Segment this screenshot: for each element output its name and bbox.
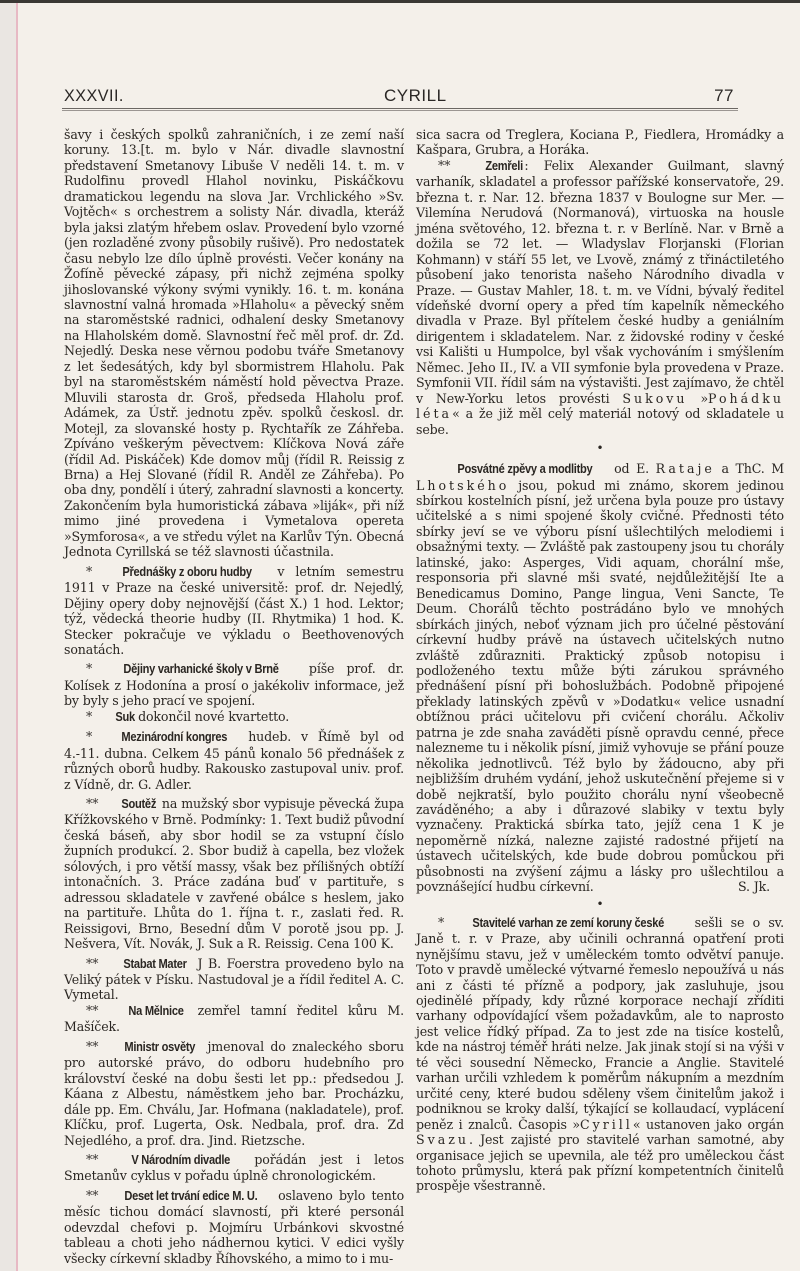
news-item: * Mezinárodní kongres hudeb. v Římě byl … xyxy=(64,729,404,792)
news-item: ** V Národním divadle pořádán jest i let… xyxy=(64,1152,404,1184)
item-heading: Ministr osvěty xyxy=(105,1040,195,1055)
scan-margin xyxy=(0,0,16,1271)
item-heading: Suk xyxy=(96,710,135,725)
section-separator: • xyxy=(416,441,784,455)
section-separator: • xyxy=(416,897,784,911)
journal-title: CYRILL xyxy=(384,86,447,106)
news-item: ** Ministr osvěty jmenoval do znaleckého… xyxy=(64,1039,404,1148)
volume-number: XXXVII. xyxy=(64,86,124,106)
item-heading: Stavitelé varhan ze zemí koruny české xyxy=(453,916,664,931)
header-rule xyxy=(62,108,738,111)
left-column: šavy i českých spolků zahraničních, i ze… xyxy=(64,127,404,1266)
review-heading: Posvátné zpěvy a modlitby xyxy=(438,462,592,477)
right-column: sica sacra od Treglera, Kociana P., Fied… xyxy=(416,127,784,1194)
item-heading: Zemřeli xyxy=(466,159,523,174)
news-item: ** Stabat Mater J B. Foerstra provedeno … xyxy=(64,956,404,1003)
book-review: Posvátné zpěvy a modlitby od E. Rataje a… xyxy=(416,461,784,895)
news-item: ** Na Mělnice zemřel tamní ředitel kůru … xyxy=(64,1003,404,1035)
review-signature: S. Jk. xyxy=(716,879,770,894)
paragraph: sica sacra od Treglera, Kociana P., Fied… xyxy=(416,127,784,158)
news-item-organ-builders: * Stavitelé varhan ze zemí koruny české … xyxy=(416,915,784,1194)
item-heading: Mezinárodní kongres xyxy=(102,730,227,745)
news-item: * Přednášky z oboru hudby v letním semes… xyxy=(64,564,404,658)
news-item-deaths: ** Zemřeli: Felix Alexander Guilmant, sl… xyxy=(416,158,784,437)
item-heading: Soutěž xyxy=(102,797,156,812)
paragraph: šavy i českých spolků zahraničních, i ze… xyxy=(64,127,404,560)
item-heading: Deset let trvání edice M. U. xyxy=(105,1189,257,1204)
news-item: ** Soutěž na mužský sbor vypisuje pěveck… xyxy=(64,796,404,952)
news-item: ** Deset let trvání edice M. U. oslaveno… xyxy=(64,1188,404,1266)
scan-top-edge xyxy=(0,0,800,3)
running-header: XXXVII. CYRILL 77 xyxy=(64,86,734,106)
item-heading: V Národním divadle xyxy=(112,1153,230,1168)
news-item: * Dějiny varhanické školy v Brně píše pr… xyxy=(64,661,404,708)
news-item: * Suk dokončil nové kvartetto. xyxy=(64,709,404,725)
item-heading: Dějiny varhanické školy v Brně xyxy=(104,662,279,677)
item-heading: Přednášky z oboru hudby xyxy=(103,565,252,580)
page-number: 77 xyxy=(714,86,734,106)
item-heading: Stabat Mater xyxy=(104,957,187,972)
item-heading: Na Mělnice xyxy=(109,1004,184,1019)
